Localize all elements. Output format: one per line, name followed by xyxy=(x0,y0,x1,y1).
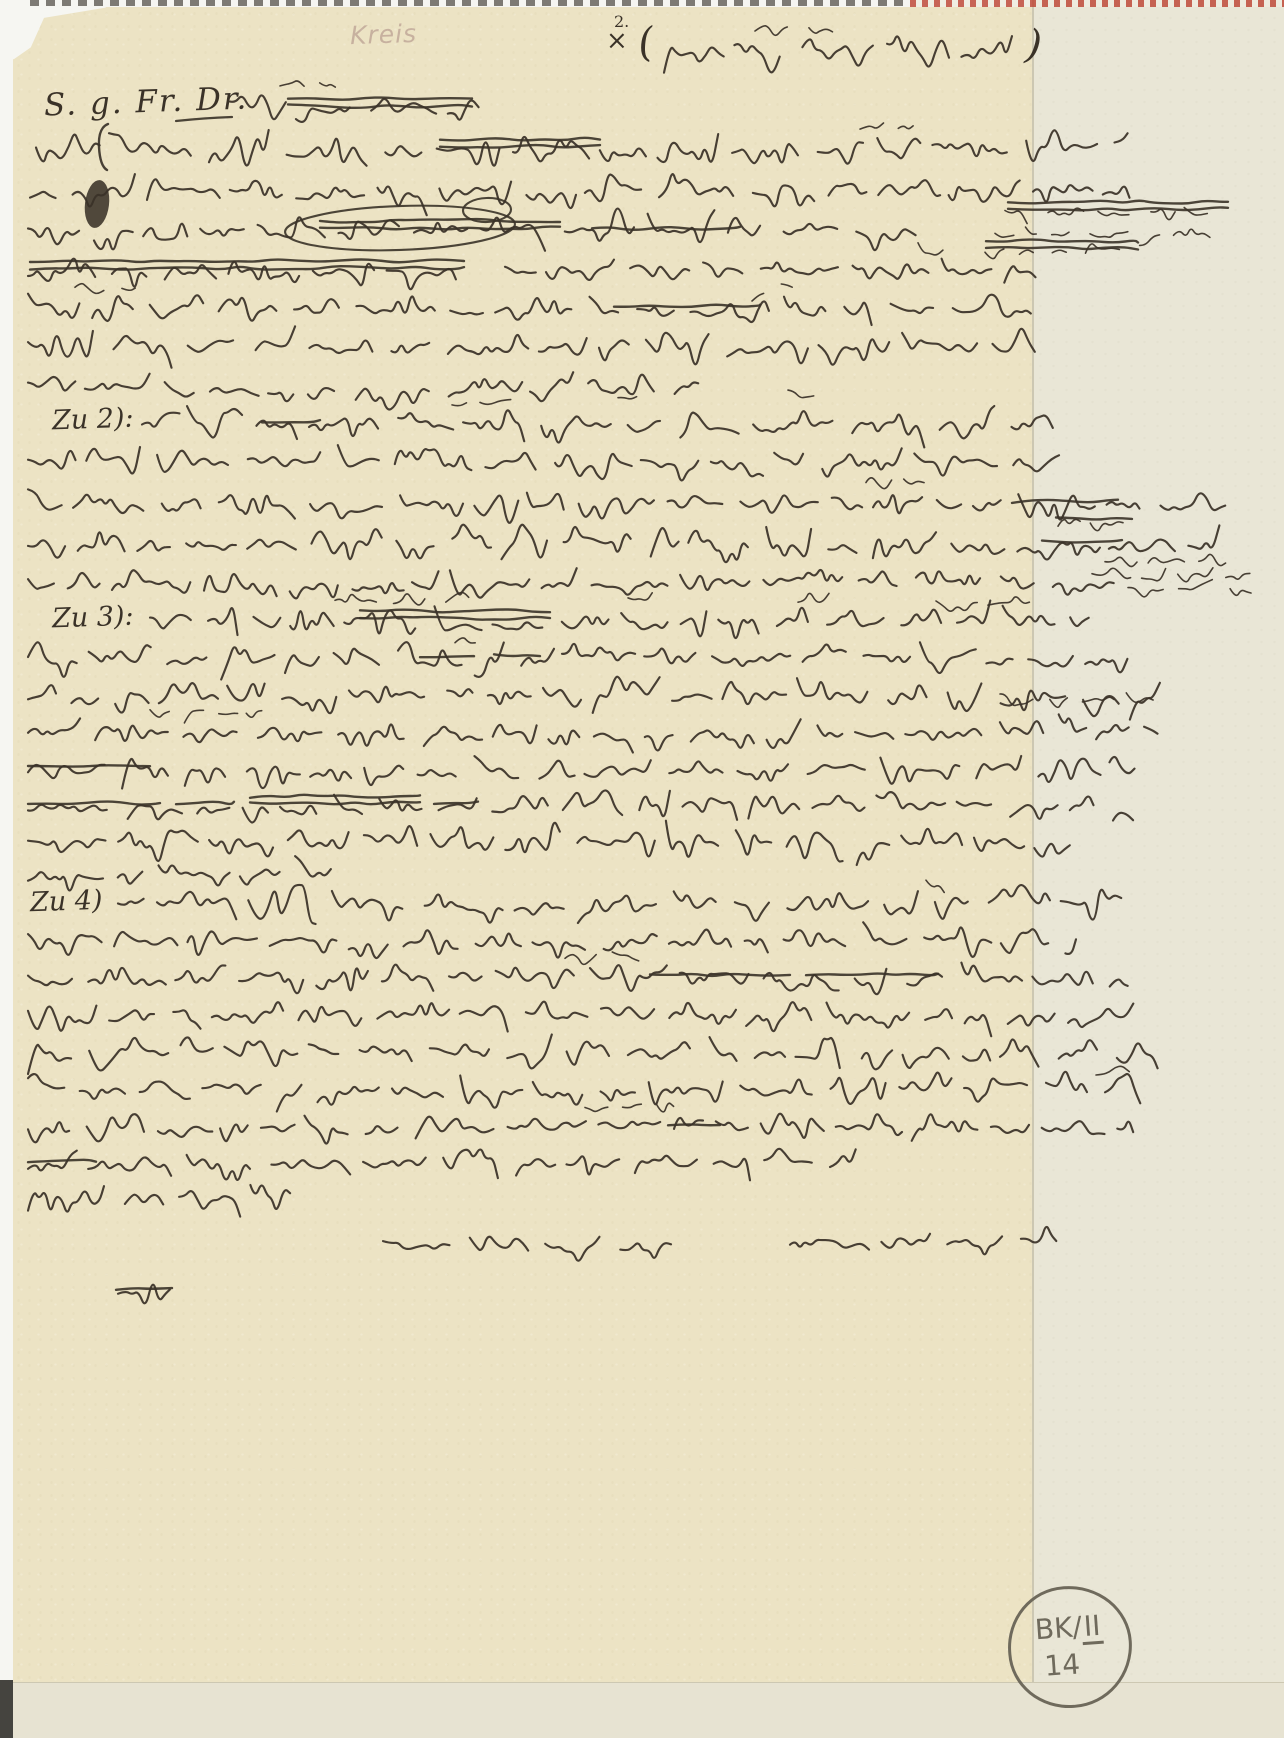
handwriting-line xyxy=(564,527,631,552)
handwriting-line xyxy=(508,1119,586,1130)
strikethrough xyxy=(28,1160,96,1162)
handwriting-line xyxy=(95,726,168,741)
handwriting-line xyxy=(447,689,472,696)
handwriting-line xyxy=(539,338,587,355)
handwriting-line xyxy=(228,262,299,282)
handwriting-line xyxy=(122,288,135,290)
handwriting-line xyxy=(310,770,351,781)
handwriting-line xyxy=(545,1237,599,1261)
handwriting-line xyxy=(28,540,65,557)
handwriting-line xyxy=(28,642,77,677)
handwriting-line xyxy=(28,228,79,244)
handwriting-line xyxy=(299,1007,362,1026)
handwriting-line xyxy=(649,1082,723,1105)
handwriting-line xyxy=(738,764,789,780)
handwriting-line xyxy=(280,806,316,814)
handwriting-line xyxy=(669,1003,736,1024)
handwriting-line xyxy=(181,1037,213,1051)
handwriting-line xyxy=(88,968,166,985)
handwriting-line xyxy=(1050,698,1068,707)
handwriting-line xyxy=(1110,980,1128,987)
handwriting-line xyxy=(808,765,865,774)
handwriting-line xyxy=(1021,1227,1056,1243)
handwriting-line xyxy=(873,495,922,513)
strikethrough xyxy=(668,1124,720,1125)
handwriting-line xyxy=(392,1088,443,1098)
handwriting-line xyxy=(651,528,679,556)
handwriting-line xyxy=(877,138,920,158)
handwriting-line xyxy=(936,601,977,611)
handwriting-line xyxy=(832,498,862,510)
handwriting-line xyxy=(788,390,814,398)
handwriting-line xyxy=(588,375,654,395)
handwriting-line xyxy=(185,768,225,785)
handwriting-line xyxy=(28,294,79,318)
handwriting-line xyxy=(947,1236,1002,1254)
handwriting-line xyxy=(89,645,151,662)
handwriting-line xyxy=(75,284,104,294)
handwriting-line xyxy=(957,802,991,806)
handwriting-line xyxy=(1090,232,1128,238)
handwriting-line xyxy=(1098,211,1129,215)
handwriting-line xyxy=(585,760,651,777)
handwriting-line xyxy=(294,299,339,313)
handwriting-line xyxy=(476,934,521,947)
handwriting-line xyxy=(675,382,699,393)
paragraph-marker-zu4: Zu 4) xyxy=(29,885,102,919)
handwriting-line xyxy=(1230,589,1251,596)
handwriting-line xyxy=(383,1241,450,1249)
strikethrough xyxy=(1008,201,1228,204)
handwriting-line xyxy=(290,584,338,599)
handwriting-line xyxy=(1052,250,1066,252)
handwriting-line xyxy=(628,421,660,432)
handwriting-line xyxy=(991,1125,1029,1133)
handwriting-line xyxy=(924,927,991,956)
handwriting-line xyxy=(526,1002,588,1019)
handwriting-line xyxy=(94,231,133,250)
handwriting-line xyxy=(344,611,415,634)
handwriting-line xyxy=(1028,656,1073,666)
handwriting-line xyxy=(1161,493,1226,510)
handwriting-line xyxy=(593,677,660,713)
handwriting-line xyxy=(666,821,718,857)
handwriting-line xyxy=(1053,582,1114,594)
handwriting-line xyxy=(197,808,229,814)
handwriting-line xyxy=(681,611,707,636)
handwriting-line xyxy=(449,973,482,981)
handwriting-line xyxy=(173,1010,200,1028)
handwriting-line xyxy=(1065,939,1076,954)
strikethrough xyxy=(1056,518,1132,520)
handwriting-line xyxy=(543,688,581,707)
handwriting-line xyxy=(463,410,524,441)
handwriting-line xyxy=(935,898,968,919)
handwriting-line xyxy=(271,1160,350,1174)
handwriting-line xyxy=(1105,557,1137,566)
handwriting-line xyxy=(285,655,319,673)
handwriting-line xyxy=(767,719,801,748)
handwriting-line xyxy=(1038,759,1100,782)
handwriting-line xyxy=(1052,232,1069,235)
handwriting-line xyxy=(600,149,646,161)
handwriting-line xyxy=(1005,211,1027,224)
handwriting-line xyxy=(690,301,769,322)
handwriting-line xyxy=(818,142,863,163)
handwriting-line xyxy=(280,81,304,86)
handwriting-line xyxy=(1174,229,1210,237)
handwriting-line xyxy=(385,146,421,156)
handwriting-line xyxy=(88,1157,171,1175)
handwriting-line xyxy=(1010,805,1057,819)
handwriting-line xyxy=(118,831,198,861)
handwriting-line xyxy=(830,1149,856,1167)
handwriting-line xyxy=(92,296,133,321)
handwriting-line xyxy=(541,416,611,442)
handwriting-line xyxy=(1151,209,1175,219)
handwriting-line xyxy=(898,126,913,129)
handwriting-line xyxy=(1178,568,1213,582)
handwriting-line xyxy=(460,1076,522,1108)
handwriting-line xyxy=(761,263,838,275)
handwriting-line xyxy=(787,833,843,862)
handwriting-line xyxy=(555,454,632,479)
handwriting-line xyxy=(256,326,296,350)
handwriting-line xyxy=(798,593,829,602)
strikethrough xyxy=(986,240,1138,243)
strikethrough xyxy=(360,617,550,620)
paragraph-marker-zu2: Zu 2): xyxy=(51,403,134,437)
handwriting-line xyxy=(740,1080,811,1096)
handwriting-line xyxy=(533,942,586,957)
handwriting-line xyxy=(914,454,997,476)
handwriting-line xyxy=(599,340,629,360)
handwriting-line xyxy=(86,447,140,473)
handwriting-line xyxy=(150,615,191,628)
handwriting-line xyxy=(1003,606,1055,625)
handwriting-line xyxy=(450,311,483,315)
handwriting-line xyxy=(669,930,731,947)
handwriting-line xyxy=(308,388,334,399)
handwriting-line xyxy=(899,1073,951,1091)
handwriting-line xyxy=(258,217,325,237)
handwriting-line xyxy=(1046,1072,1087,1092)
handwriting-line xyxy=(143,224,187,240)
handwriting-line xyxy=(28,489,62,509)
handwriting-line xyxy=(430,827,493,850)
handwriting-line xyxy=(122,759,168,789)
handwriting-line xyxy=(567,1156,620,1174)
handwriting-line xyxy=(781,284,792,287)
handwriting-line xyxy=(774,453,803,465)
handwriting-line xyxy=(150,710,169,717)
handwriting-line xyxy=(844,303,871,325)
handwriting-line xyxy=(1000,1040,1039,1067)
handwriting-line xyxy=(349,944,388,958)
handwriting-line xyxy=(657,1103,674,1112)
handwriting-line xyxy=(901,610,941,626)
handwriting-line xyxy=(630,266,689,280)
handwriting-line xyxy=(995,233,1014,237)
handwriting-line xyxy=(167,658,206,665)
handwriting-line xyxy=(809,28,833,33)
strikethrough xyxy=(1008,207,1228,210)
handwriting-line xyxy=(976,756,1021,778)
handwriting-line xyxy=(268,393,293,401)
handwriting-line xyxy=(480,400,511,405)
handwriting-line xyxy=(822,448,901,476)
handwriting-line xyxy=(356,297,434,314)
handwriting-line xyxy=(455,638,475,643)
handwriting-line xyxy=(797,678,867,702)
handwriting-line xyxy=(784,297,825,316)
handwriting-line xyxy=(425,895,503,923)
handwriting-line xyxy=(635,1156,697,1173)
strikethrough xyxy=(1042,540,1122,542)
handwriting-line xyxy=(140,1082,190,1099)
handwriting-line xyxy=(247,540,296,550)
handwriting-line xyxy=(763,570,842,585)
strikethrough xyxy=(288,98,472,100)
handwriting-line xyxy=(320,83,336,87)
handwriting-line xyxy=(184,710,203,723)
handwriting-line xyxy=(985,249,1004,259)
handwriting-line xyxy=(200,229,244,236)
strikethrough xyxy=(116,1288,172,1290)
handwriting-line xyxy=(485,453,535,470)
handwriting-line xyxy=(157,451,228,472)
handwriting-line xyxy=(658,134,719,162)
handwriting-line xyxy=(565,955,596,965)
handwriting-line xyxy=(114,336,172,368)
handwriting-line xyxy=(208,608,237,635)
handwriting-line xyxy=(305,1116,348,1144)
handwriting-line xyxy=(710,1037,737,1061)
handwriting-line xyxy=(812,796,864,811)
handwriting-line xyxy=(1117,1122,1133,1132)
handwriting-line xyxy=(28,331,93,357)
handwriting-line xyxy=(125,1195,163,1205)
handwriting-line xyxy=(240,870,280,885)
strikethrough xyxy=(494,654,540,656)
stamp-roman-numeral: II xyxy=(1081,1611,1104,1644)
handwriting-line xyxy=(28,839,106,852)
handwriting-line xyxy=(637,308,674,316)
handwriting-line xyxy=(412,571,439,589)
handwriting-line xyxy=(360,1047,412,1061)
handwriting-line xyxy=(496,968,574,988)
handwriting-line xyxy=(546,260,614,280)
handwriting-line xyxy=(28,1074,64,1088)
handwriting-line xyxy=(881,1234,930,1248)
handwriting-line xyxy=(210,388,259,396)
handwriting-line xyxy=(475,643,504,677)
handwriting-line xyxy=(648,210,715,242)
handwriting-line xyxy=(521,649,554,666)
handwriting-line xyxy=(1113,813,1133,821)
handwriting-line xyxy=(28,1006,96,1031)
handwriting-line xyxy=(784,224,838,234)
handwriting-line xyxy=(585,175,641,202)
handwriting-line xyxy=(734,44,779,72)
handwriting-line xyxy=(248,885,315,924)
handwriting-line xyxy=(711,461,763,476)
handwriting-line xyxy=(887,36,949,66)
handwriting-line xyxy=(533,1082,583,1105)
handwriting-line xyxy=(888,685,926,704)
handwriting-line xyxy=(803,645,846,662)
handwriting-line xyxy=(80,1089,125,1099)
handwriting-line xyxy=(416,1117,494,1139)
handwriting-line xyxy=(585,1107,608,1111)
handwriting-line xyxy=(186,542,236,550)
handwriting-line xyxy=(1128,588,1163,597)
handwriting-line xyxy=(1001,577,1034,589)
handwriting-line xyxy=(578,896,656,923)
handwriting-line xyxy=(353,583,404,593)
handwriting-line xyxy=(28,976,72,986)
strikethrough xyxy=(440,138,600,141)
handwriting-line xyxy=(590,297,619,313)
handwriting-line xyxy=(316,968,368,990)
handwriting-line xyxy=(526,193,576,208)
handwriting-line xyxy=(1092,568,1131,578)
handwriting-line xyxy=(219,713,238,714)
handwriting-line xyxy=(753,411,832,432)
handwriting-line xyxy=(387,269,456,289)
handwriting-line xyxy=(1096,1066,1129,1075)
handwriting-line xyxy=(309,341,372,353)
handwriting-line xyxy=(942,259,992,275)
handwriting-line xyxy=(891,304,934,313)
handwriting-line xyxy=(112,268,146,286)
handwriting-line xyxy=(728,218,760,235)
strikethrough xyxy=(614,305,760,307)
handwriting-line xyxy=(364,766,403,785)
handwriting-line xyxy=(310,503,382,518)
handwriting-line xyxy=(1090,522,1123,531)
handwriting-line xyxy=(669,761,722,773)
handwriting-line xyxy=(452,525,491,548)
handwriting-line xyxy=(755,1052,785,1058)
handwriting-line xyxy=(1107,502,1140,508)
handwriting-line xyxy=(398,642,462,666)
strikethrough xyxy=(250,802,420,804)
handwriting-line xyxy=(449,379,523,396)
handwriting-line xyxy=(147,179,220,200)
handwriting-line xyxy=(1082,697,1114,702)
strikethrough xyxy=(806,974,938,976)
handwriting-line xyxy=(745,939,768,952)
stamp-number: 14 xyxy=(1043,1649,1081,1682)
handwriting-line xyxy=(277,1085,302,1112)
handwriting-line xyxy=(659,174,733,197)
handwriting-line xyxy=(488,692,531,704)
handwriting-line xyxy=(158,1127,212,1137)
handwriting-line xyxy=(250,1185,290,1209)
handwriting-line xyxy=(332,891,402,920)
handwriting-line xyxy=(1115,133,1128,142)
handwriting-line xyxy=(335,595,376,602)
handwriting-line xyxy=(904,479,924,484)
handwriting-line xyxy=(187,1155,250,1180)
handwriting-line xyxy=(1000,721,1043,734)
handwriting-line xyxy=(594,734,633,753)
handwriting-line xyxy=(188,340,233,351)
handwriting-line xyxy=(761,1114,824,1138)
handwriting-line xyxy=(592,582,668,595)
handwriting-line xyxy=(247,767,300,788)
handwriting-line xyxy=(1085,659,1127,672)
handwriting-line xyxy=(85,374,150,390)
handwriting-line xyxy=(515,903,564,914)
handwriting-line xyxy=(36,135,100,162)
handwriting-line xyxy=(563,790,622,815)
handwriting-line xyxy=(227,684,264,701)
strikethrough xyxy=(592,227,740,230)
handwriting-line xyxy=(986,659,1012,665)
handwriting-line xyxy=(920,642,976,673)
handwriting-line xyxy=(118,872,143,884)
handwriting-line xyxy=(683,798,738,819)
handwriting-line xyxy=(295,856,331,876)
handwriting-line xyxy=(507,1035,552,1069)
handwriting-line xyxy=(562,644,635,660)
handwriting-line xyxy=(916,571,980,584)
handwriting-line xyxy=(1142,569,1166,581)
handwriting-line xyxy=(777,608,808,626)
handwriting-line xyxy=(73,495,143,513)
handwriting-line xyxy=(159,683,218,703)
handwriting-line xyxy=(862,1050,892,1069)
handwriting-line xyxy=(430,1045,489,1056)
handwriting-line xyxy=(790,1240,869,1250)
handwriting-line xyxy=(902,333,977,351)
handwriting-line xyxy=(338,724,404,745)
handwriting-line xyxy=(604,934,657,950)
handwriting-line xyxy=(1126,693,1153,702)
handwriting-svg xyxy=(0,0,1284,1738)
handwriting-line xyxy=(209,130,269,165)
handwriting-line xyxy=(753,185,814,206)
handwriting-line xyxy=(334,649,379,665)
handwriting-line xyxy=(28,934,102,955)
handwriting-line xyxy=(864,655,911,662)
handwriting-line xyxy=(853,264,929,278)
handwriting-line xyxy=(866,478,892,489)
strikethrough xyxy=(30,260,464,263)
handwriting-line xyxy=(159,865,230,885)
handwriting-line xyxy=(688,531,748,562)
handwriting-line xyxy=(852,415,924,448)
handwriting-line xyxy=(989,885,1050,903)
handwriting-line xyxy=(318,1087,379,1105)
handwriting-line xyxy=(963,1050,990,1061)
handwriting-line xyxy=(287,139,367,166)
strikethrough xyxy=(420,656,474,657)
handwriting-line xyxy=(787,893,868,910)
handwriting-line xyxy=(727,341,808,363)
handwriting-line xyxy=(577,833,654,857)
handwriting-line xyxy=(87,1114,144,1141)
handwriting-line xyxy=(165,382,194,396)
handwriting-line xyxy=(988,597,1030,605)
handwriting-line xyxy=(579,498,654,518)
handwriting-line xyxy=(740,495,817,512)
handwriting-line xyxy=(338,445,379,466)
handwriting-line xyxy=(937,500,961,508)
strikethrough xyxy=(434,802,478,804)
